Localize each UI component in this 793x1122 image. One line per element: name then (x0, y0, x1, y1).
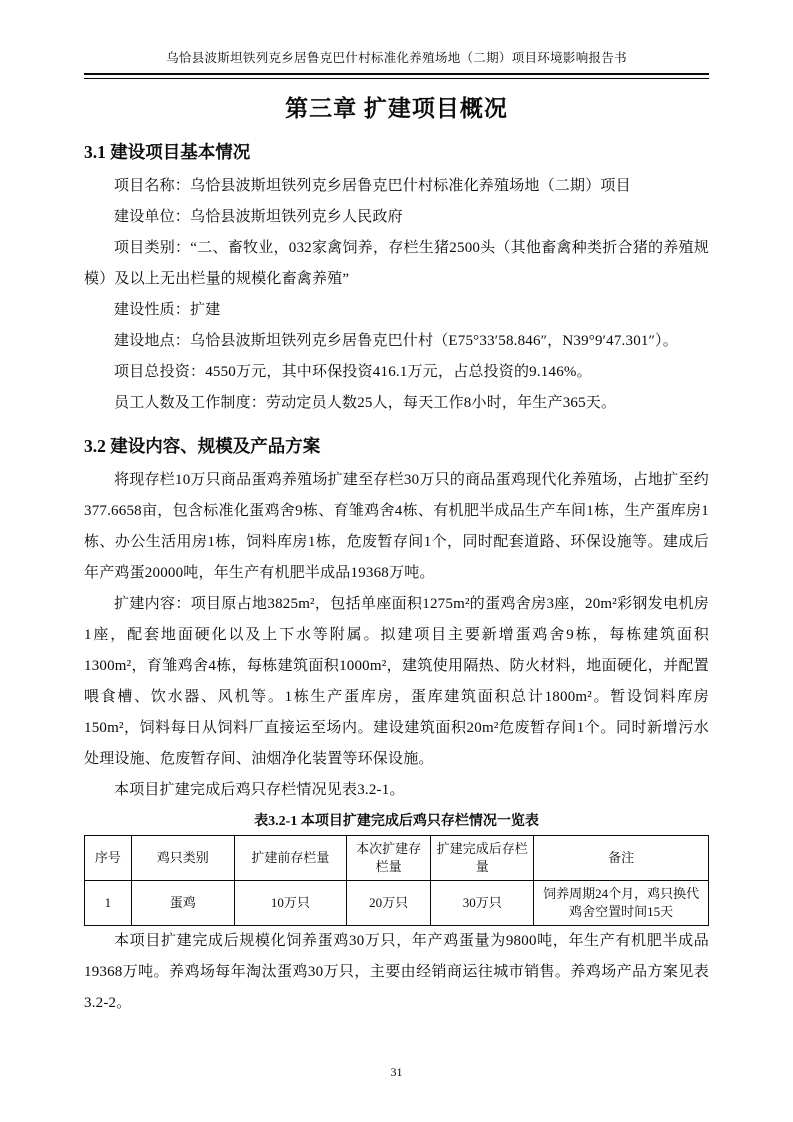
section-heading-3-2: 3.2 建设内容、规模及产品方案 (84, 433, 709, 459)
paragraph-closing: 本项目扩建完成后规模化饲养蛋鸡30万只，年产鸡蛋量为9800吨，年生产有机肥半成… (84, 926, 709, 1019)
paragraph-construction-location: 建设地点：乌恰县波斯坦铁列克乡居鲁克巴什村（E75°33′58.846″，N39… (84, 326, 709, 357)
table-title: 表3.2-1 本项目扩建完成后鸡只存栏情况一览表 (84, 811, 709, 833)
paragraph-expansion-overview: 将现存栏10万只商品蛋鸡养殖场扩建至存栏30万只的商品蛋鸡现代化养殖场，占地扩至… (84, 465, 709, 589)
cell-remarks: 饲养周期24个月，鸡只换代鸡舍空置时间15天 (534, 881, 709, 926)
paragraph-construction-unit: 建设单位：乌恰县波斯坦铁列克乡人民政府 (84, 202, 709, 233)
table-header-chicken-type: 鸡只类别 (131, 836, 234, 881)
paragraph-construction-nature: 建设性质：扩建 (84, 295, 709, 326)
paragraph-project-category: 项目类别：“二、畜牧业，032家禽饲养，存栏生猪2500头（其他畜禽种类折合猪的… (84, 233, 709, 295)
chapter-title: 第三章 扩建项目概况 (84, 93, 709, 125)
paragraph-total-investment: 项目总投资：4550万元，其中环保投资416.1万元，占总投资的9.146%。 (84, 357, 709, 388)
table-header-remarks: 备注 (534, 836, 709, 881)
chicken-stock-table: 序号 鸡只类别 扩建前存栏量 本次扩建存栏量 扩建完成后存栏量 备注 1 蛋鸡 … (84, 835, 709, 926)
paragraph-expansion-content: 扩建内容：项目原占地3825m²，包括单座面积1275m²的蛋鸡舍房3座，20m… (84, 589, 709, 775)
table-header-index: 序号 (85, 836, 132, 881)
table-header-stock-after: 扩建完成后存栏量 (431, 836, 534, 881)
header-divider-rule (84, 73, 709, 79)
document-header-title: 乌恰县波斯坦铁列克乡居鲁克巴什村标准化养殖场地（二期）项目环境影响报告书 (84, 50, 709, 67)
paragraph-project-name: 项目名称：乌恰县波斯坦铁列克乡居鲁克巴什村标准化养殖场地（二期）项目 (84, 171, 709, 202)
table-header-stock-before: 扩建前存栏量 (234, 836, 346, 881)
table-header-stock-this-expansion: 本次扩建存栏量 (347, 836, 431, 881)
paragraph-table-reference: 本项目扩建完成后鸡只存栏情况见表3.2-1。 (84, 775, 709, 806)
cell-stock-after: 30万只 (431, 881, 534, 926)
cell-chicken-type: 蛋鸡 (131, 881, 234, 926)
table-row: 1 蛋鸡 10万只 20万只 30万只 饲养周期24个月，鸡只换代鸡舍空置时间1… (85, 881, 709, 926)
cell-stock-before: 10万只 (234, 881, 346, 926)
section-heading-3-1: 3.1 建设项目基本情况 (84, 139, 709, 165)
cell-index: 1 (85, 881, 132, 926)
page-number: 31 (0, 1065, 793, 1080)
cell-stock-this-expansion: 20万只 (347, 881, 431, 926)
document-page: 乌恰县波斯坦铁列克乡居鲁克巴什村标准化养殖场地（二期）项目环境影响报告书 第三章… (0, 0, 793, 1122)
table-header-row: 序号 鸡只类别 扩建前存栏量 本次扩建存栏量 扩建完成后存栏量 备注 (85, 836, 709, 881)
paragraph-staffing: 员工人数及工作制度：劳动定员人数25人，每天工作8小时，年生产365天。 (84, 388, 709, 419)
